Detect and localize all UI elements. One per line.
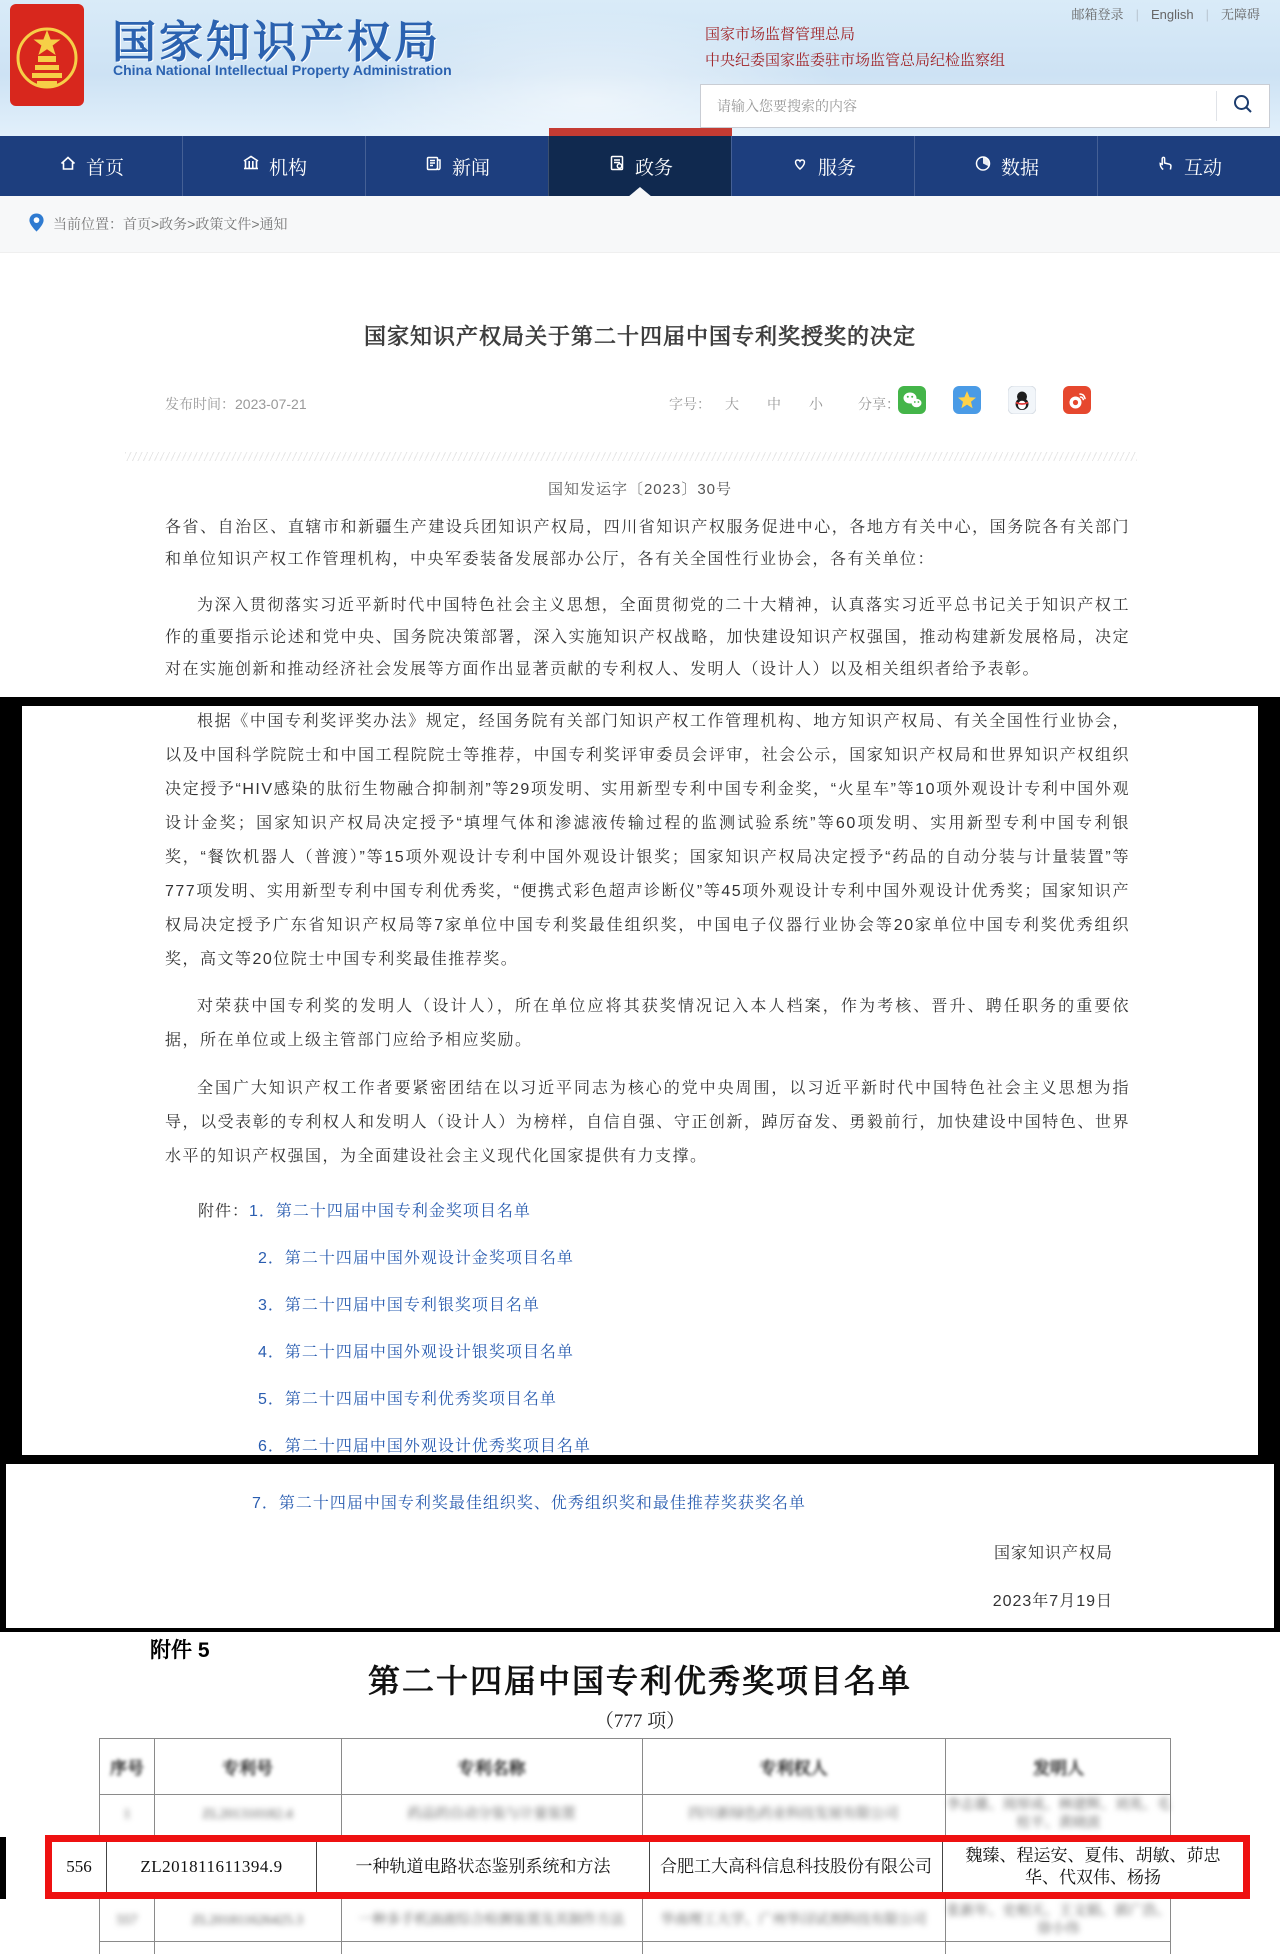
- site-title: 国家知识产权局: [112, 6, 441, 70]
- mail-login-link[interactable]: 邮箱登录: [1060, 7, 1136, 22]
- nav-item-home[interactable]: 首页: [0, 136, 182, 196]
- col-header-index: 序号: [100, 1739, 154, 1794]
- pie-chart-icon: [973, 153, 1001, 179]
- signature-date: 2023年7月19日: [993, 1588, 1113, 1611]
- signature-org: 国家知识产权局: [994, 1540, 1113, 1563]
- redacted-cell: 药品的自动分装与计量装置: [341, 1794, 642, 1836]
- share-label: 分享：: [858, 396, 900, 412]
- english-link[interactable]: English: [1139, 7, 1206, 22]
- page-title: 国家知识产权局关于第二十四届中国专利奖授奖的决定: [0, 320, 1280, 351]
- stitch-edge-right: [1274, 1464, 1280, 1632]
- nav-label: 数据: [1001, 153, 1039, 180]
- redacted-cell: ZL201310182.4: [154, 1794, 341, 1836]
- service-heart-icon: [790, 153, 818, 179]
- discipline-link[interactable]: 中央纪委国家监委驻市场监管总局纪检监察组: [705, 48, 1005, 74]
- col-header-patent-no: 专利号: [154, 1739, 341, 1794]
- redacted-cell: 557: [100, 1900, 154, 1941]
- stitch-line-bottom: [0, 1628, 1280, 1632]
- weibo-icon[interactable]: [1063, 386, 1091, 414]
- font-size-medium[interactable]: 中: [753, 396, 795, 412]
- active-tab-accent: [549, 128, 732, 136]
- stitch-edge-left: [0, 1464, 6, 1632]
- nav-label: 新闻: [452, 153, 490, 180]
- breadcrumb: 当前位置： 首页>政务>政策文件>通知: [28, 212, 288, 236]
- redacted-cell: 1: [100, 1794, 154, 1836]
- doc-number: 国知发运字〔2023〕30号: [0, 478, 1280, 499]
- breadcrumb-label: 当前位置：: [53, 214, 123, 234]
- location-pin-icon: [28, 212, 53, 236]
- accessibility-link[interactable]: 无障碍: [1209, 7, 1272, 22]
- paragraph: 为深入贯彻落实习近平新时代中国特色社会主义思想，全面贯彻党的二十大精神，认真落实…: [165, 590, 1130, 686]
- row-index: 556: [52, 1842, 107, 1892]
- nav-item-news[interactable]: 新闻: [365, 136, 548, 196]
- nav-label: 政务: [635, 153, 673, 180]
- search-bar: [700, 84, 1270, 128]
- font-size-large[interactable]: 大: [711, 396, 753, 412]
- nav-item-service[interactable]: 服务: [731, 136, 914, 196]
- search-icon: [1232, 93, 1254, 120]
- font-size-control: 字号：大中小: [669, 394, 837, 414]
- nav-item-data[interactable]: 数据: [914, 136, 1097, 196]
- paragraph: 根据《中国专利奖评奖办法》规定，经国务院有关部门知识产权工作管理机构、地方知识产…: [165, 705, 1130, 977]
- site-title-en: China National Intellectual Property Adm…: [113, 62, 452, 78]
- national-emblem-icon: [10, 4, 84, 111]
- col-header-inventors: 发明人: [945, 1739, 1172, 1794]
- wechat-icon[interactable]: [898, 386, 926, 414]
- body-block-1: 各省、自治区、直辖市和新疆生产建设兵团知识产权局，四川省知识产权服务促进中心，各…: [165, 512, 1130, 700]
- row-patent-name: 一种轨道电路状态鉴别系统和方法: [317, 1842, 650, 1892]
- nav-item-interact[interactable]: 互动: [1097, 136, 1280, 196]
- row-patent-no: ZL201811611394.9: [107, 1842, 317, 1892]
- attachment5-title: 第二十四届中国专利优秀奖项目名单: [0, 1656, 1280, 1702]
- home-icon: [58, 153, 86, 179]
- stitch-bar-mid: [0, 1455, 1280, 1464]
- related-agency-links: 国家市场监督管理总局 中央纪委国家监委驻市场监管总局纪检监察组: [705, 22, 1005, 74]
- attachment-link-1[interactable]: 1．第二十四届中国专利金奖项目名单: [249, 1188, 531, 1235]
- qzone-star-icon[interactable]: [953, 386, 981, 414]
- breadcrumb-path[interactable]: 首页>政务>政策文件>通知: [123, 214, 288, 234]
- highlighted-award-row: 556 ZL201811611394.9 一种轨道电路状态鉴别系统和方法 合肥工…: [45, 1835, 1250, 1899]
- divider-hatch: [125, 452, 1137, 461]
- attachment-link-5[interactable]: 5．第二十四届中国专利优秀奖项目名单: [258, 1376, 1138, 1423]
- nav-label: 互动: [1184, 153, 1222, 180]
- col-header-patentee: 专利权人: [642, 1739, 945, 1794]
- qq-icon[interactable]: [1008, 386, 1036, 414]
- stitch-tick: [0, 1837, 6, 1899]
- gov-doc-icon: [607, 153, 635, 179]
- attachments-label: 附件：: [198, 1188, 249, 1235]
- stitch-bar-right: [1258, 697, 1280, 1464]
- attachment5-count: （777 项）: [0, 1706, 1280, 1733]
- paragraph: 全国广大知识产权工作者要紧密团结在以习近平同志为核心的党中央周围，以习近平新时代…: [165, 1072, 1130, 1174]
- publish-date: 2023-07-21: [235, 396, 307, 412]
- page: 国家知识产权局 China National Intellectual Prop…: [0, 0, 1280, 1954]
- redacted-cell: 四川新绿色药业科技发展有限公司: [642, 1794, 945, 1836]
- breadcrumb-bar: 当前位置： 首页>政务>政策文件>通知: [0, 196, 1280, 253]
- attachment-link-3[interactable]: 3．第二十四届中国专利银奖项目名单: [258, 1282, 1138, 1329]
- nav-item-org[interactable]: 机构: [182, 136, 365, 196]
- redacted-cell: 张新年、史相天、王文娟、郭广浩、徐小伟: [945, 1900, 1172, 1941]
- redacted-cell: 华南理工大学、广州华浔试剂科技有限公司: [642, 1900, 945, 1941]
- article-meta: 发布时间：2023-07-21 字号：大中小 分享：: [0, 390, 1280, 420]
- paragraph: 对荣获中国专利奖的发明人（设计人），所在单位应将其获奖情况记入本人档案，作为考核…: [165, 990, 1130, 1058]
- attachments-list: 附件： 1．第二十四届中国专利金奖项目名单 2．第二十四届中国外观设计金奖项目名…: [198, 1188, 1138, 1470]
- row-patentee: 合肥工大高科信息科技股份有限公司: [650, 1842, 943, 1892]
- font-size-small[interactable]: 小: [795, 396, 837, 412]
- nav-label: 机构: [269, 153, 307, 180]
- attachment-link-7[interactable]: 7．第二十四届中国专利奖最佳组织奖、优秀组织奖和最佳推荐奖获奖名单: [252, 1490, 806, 1513]
- nav-label: 服务: [818, 153, 856, 180]
- top-utility-links: 邮箱登录|English|无障碍: [1060, 4, 1272, 23]
- redacted-cell: 一种多手机油液综合检测装置及其制作方法: [341, 1900, 642, 1941]
- col-header-patent-name: 专利名称: [341, 1739, 642, 1794]
- stitch-bar-left: [0, 697, 22, 1464]
- table-grid-line: [100, 1941, 1170, 1942]
- stitch-bar-top: [0, 697, 1280, 706]
- samr-link[interactable]: 国家市场监督管理总局: [705, 22, 1005, 48]
- font-size-label: 字号：: [669, 396, 711, 412]
- paragraph: 各省、自治区、直辖市和新疆生产建设兵团知识产权局，四川省知识产权服务促进中心，各…: [165, 512, 1130, 576]
- search-input[interactable]: [701, 98, 1216, 114]
- attachment-link-4[interactable]: 4．第二十四届中国外观设计银奖项目名单: [258, 1329, 1138, 1376]
- redacted-cell: 李志雄、周厚成、林建辉、刘英、毛桂平、黄晓波: [945, 1794, 1172, 1836]
- hand-icon: [1156, 153, 1184, 179]
- search-button[interactable]: [1216, 91, 1269, 121]
- redacted-cell: ZL201811626425.3: [154, 1900, 341, 1941]
- attachment-link-2[interactable]: 2．第二十四届中国外观设计金奖项目名单: [258, 1235, 1138, 1282]
- nav-label: 首页: [86, 153, 124, 180]
- publish-label: 发布时间：: [165, 396, 235, 412]
- publish-time: 发布时间：2023-07-21: [165, 394, 307, 414]
- site-header: 国家知识产权局 China National Intellectual Prop…: [0, 0, 1280, 136]
- bank-icon: [241, 153, 269, 179]
- share-group: 分享：: [858, 394, 900, 414]
- row-inventors: 魏臻、程运安、夏伟、胡敏、茆忠华、代双伟、杨扬: [943, 1842, 1243, 1892]
- news-icon: [424, 153, 452, 179]
